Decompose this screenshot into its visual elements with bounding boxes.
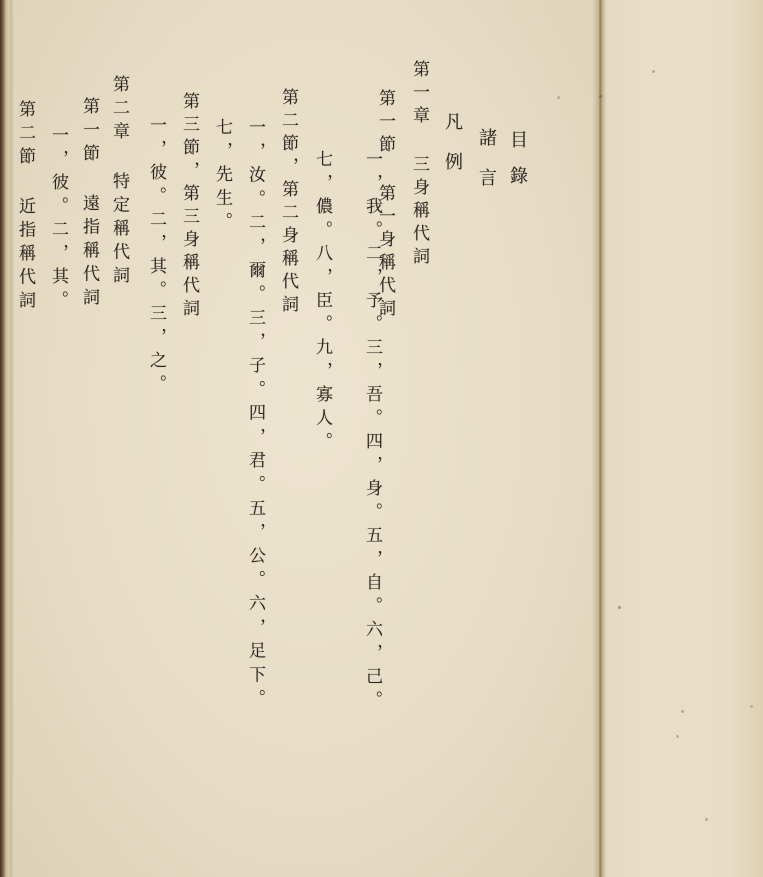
book-scan: 目錄 諸言 凡例 第一章 三身稱代詞 第一節 第一身稱代詞 一，我。二，予。三，… <box>0 0 763 877</box>
chapter-1-section-2-items-line2: 七，先生。 <box>213 118 230 236</box>
chapter-1-section-3-items-line1: 一，彼。二，其。三，之。 <box>147 116 164 398</box>
chapter-1-section-1-items-line1: 一，我。二，予。三，吾。四，身。五，自。六，己。 <box>363 150 380 714</box>
toc-entry-preface: 諸言 <box>477 128 495 208</box>
chapter-2-section-1-items-line1: 一，彼。二，其。 <box>49 126 66 314</box>
right-page-blank <box>606 0 763 877</box>
chapter-2-section-1-heading: 第一節 遠指稱代詞 <box>80 97 97 312</box>
book-gutter <box>592 0 606 877</box>
chapter-2-heading: 第二章 特定稱代詞 <box>110 75 127 290</box>
chapter-1-heading: 第一章 三身稱代詞 <box>410 60 427 270</box>
chapter-1-section-2-heading: 第二節，第二身稱代詞 <box>279 88 296 318</box>
toc-title: 目錄 <box>508 130 526 202</box>
toc-entry-notes: 凡例 <box>443 112 461 192</box>
book-page-edges <box>0 0 14 877</box>
chapter-2-section-2-heading: 第二節 近指稱代詞 <box>16 100 33 315</box>
chapter-1-section-1-items-line2: 七，儂。八，臣。九，寡人。 <box>313 150 330 456</box>
chapter-1-section-2-items-line1: 一，汝。二，爾。三，子。四，君。五，公。六，足下。 <box>246 118 263 713</box>
chapter-1-section-3-heading: 第三節，第三身稱代詞 <box>180 92 197 322</box>
